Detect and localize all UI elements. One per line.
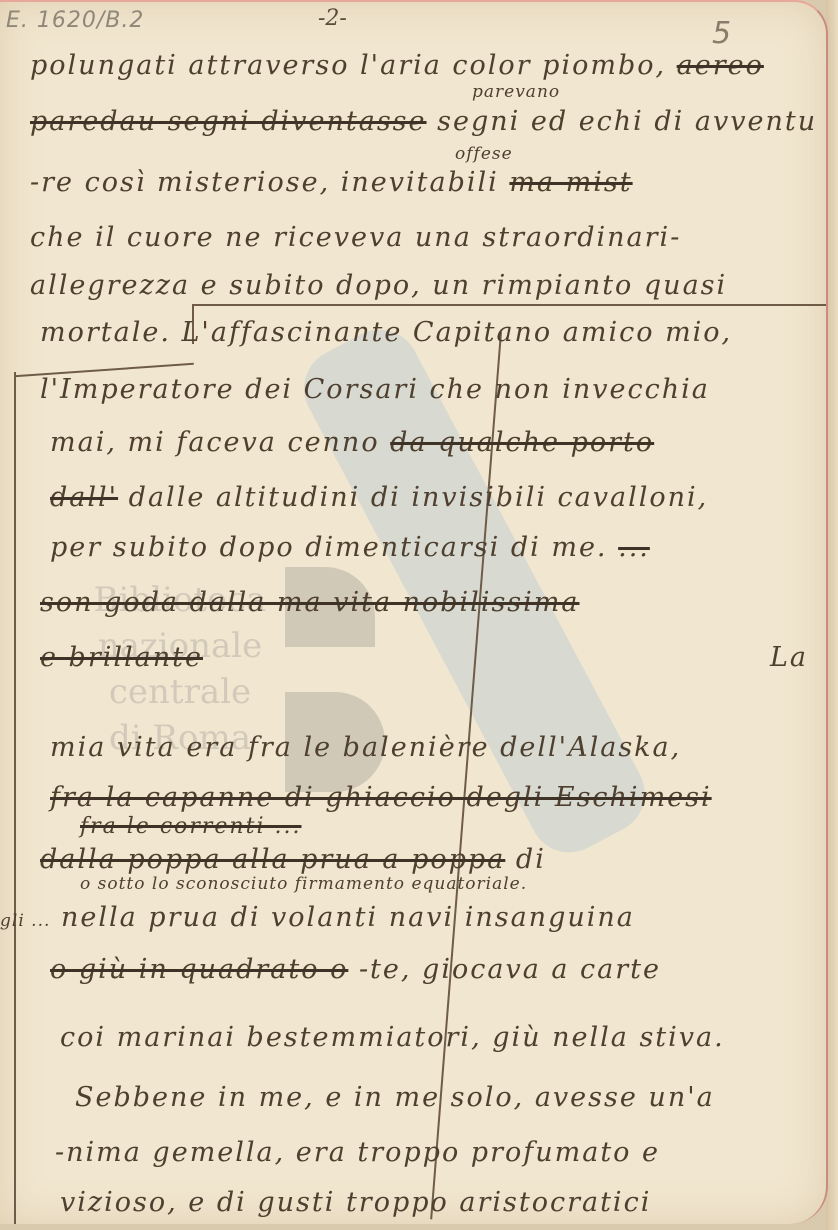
manuscript-page: Biblioteca nazionale centrale di Roma E.…	[0, 0, 828, 1224]
manuscript-line: -nima gemella, era troppo profumato e	[55, 1137, 660, 1168]
manuscript-line: per subito dopo dimenticarsi di me. ...	[50, 532, 650, 563]
manuscript-line: Sebbene in me, e in me solo, avesse un'a	[75, 1082, 715, 1113]
folio-number: 5	[712, 16, 731, 51]
manuscript-line: gli ... nella prua di volanti navi insan…	[0, 902, 635, 933]
manuscript-line: paredau segni diventasse segni ed echi d…	[30, 106, 817, 137]
shelfmark: E. 1620/B.2	[6, 8, 144, 33]
box-top-rule	[192, 304, 826, 306]
manuscript-line: l'Imperatore dei Corsari che non invecch…	[40, 374, 710, 405]
page-number: -2-	[318, 6, 347, 31]
deleted-line: fra la capanne di ghiaccio degli Eschime…	[50, 782, 712, 813]
interlinear-insert: offese	[455, 144, 513, 164]
interlinear-insert: parevano	[472, 82, 560, 102]
manuscript-line: coi marinai bestemmiatori, giù nella sti…	[60, 1022, 725, 1053]
manuscript-line: allegrezza e subito dopo, un rimpianto q…	[30, 270, 727, 301]
interlinear-insert: o sotto lo sconosciuto firmamento equato…	[80, 874, 527, 894]
manuscript-line: che il cuore ne riceveva una straordinar…	[30, 222, 681, 253]
manuscript-line: La	[770, 642, 808, 673]
watermark-line: centrale	[80, 669, 280, 715]
manuscript-line: mortale. L'affascinante Capitano amico m…	[40, 317, 732, 348]
deleted-line: son goda dalla ma vita nobilissima	[40, 587, 580, 618]
manuscript-line: vizioso, e di gusti troppo aristocratici	[60, 1187, 651, 1218]
manuscript-line: -re così misteriose, inevitabili ma mist	[30, 167, 633, 198]
manuscript-line: mai, mi faceva cenno da qualche porto	[50, 427, 654, 458]
manuscript-line: dall' dalle altitudini di invisibili cav…	[50, 482, 708, 513]
manuscript-line: polungati attraverso l'aria color piombo…	[30, 50, 764, 81]
manuscript-line: mia vita era fra le balenière dell'Alask…	[50, 732, 681, 763]
manuscript-line: o giù in quadrato o -te, giocava a carte	[50, 954, 661, 985]
deleted-line: e brillante	[40, 642, 203, 673]
box-left-rule	[14, 372, 16, 1224]
manuscript-line: dalla poppa alla prua a poppa di	[40, 844, 546, 875]
deleted-line: fra le correnti ...	[80, 814, 301, 839]
